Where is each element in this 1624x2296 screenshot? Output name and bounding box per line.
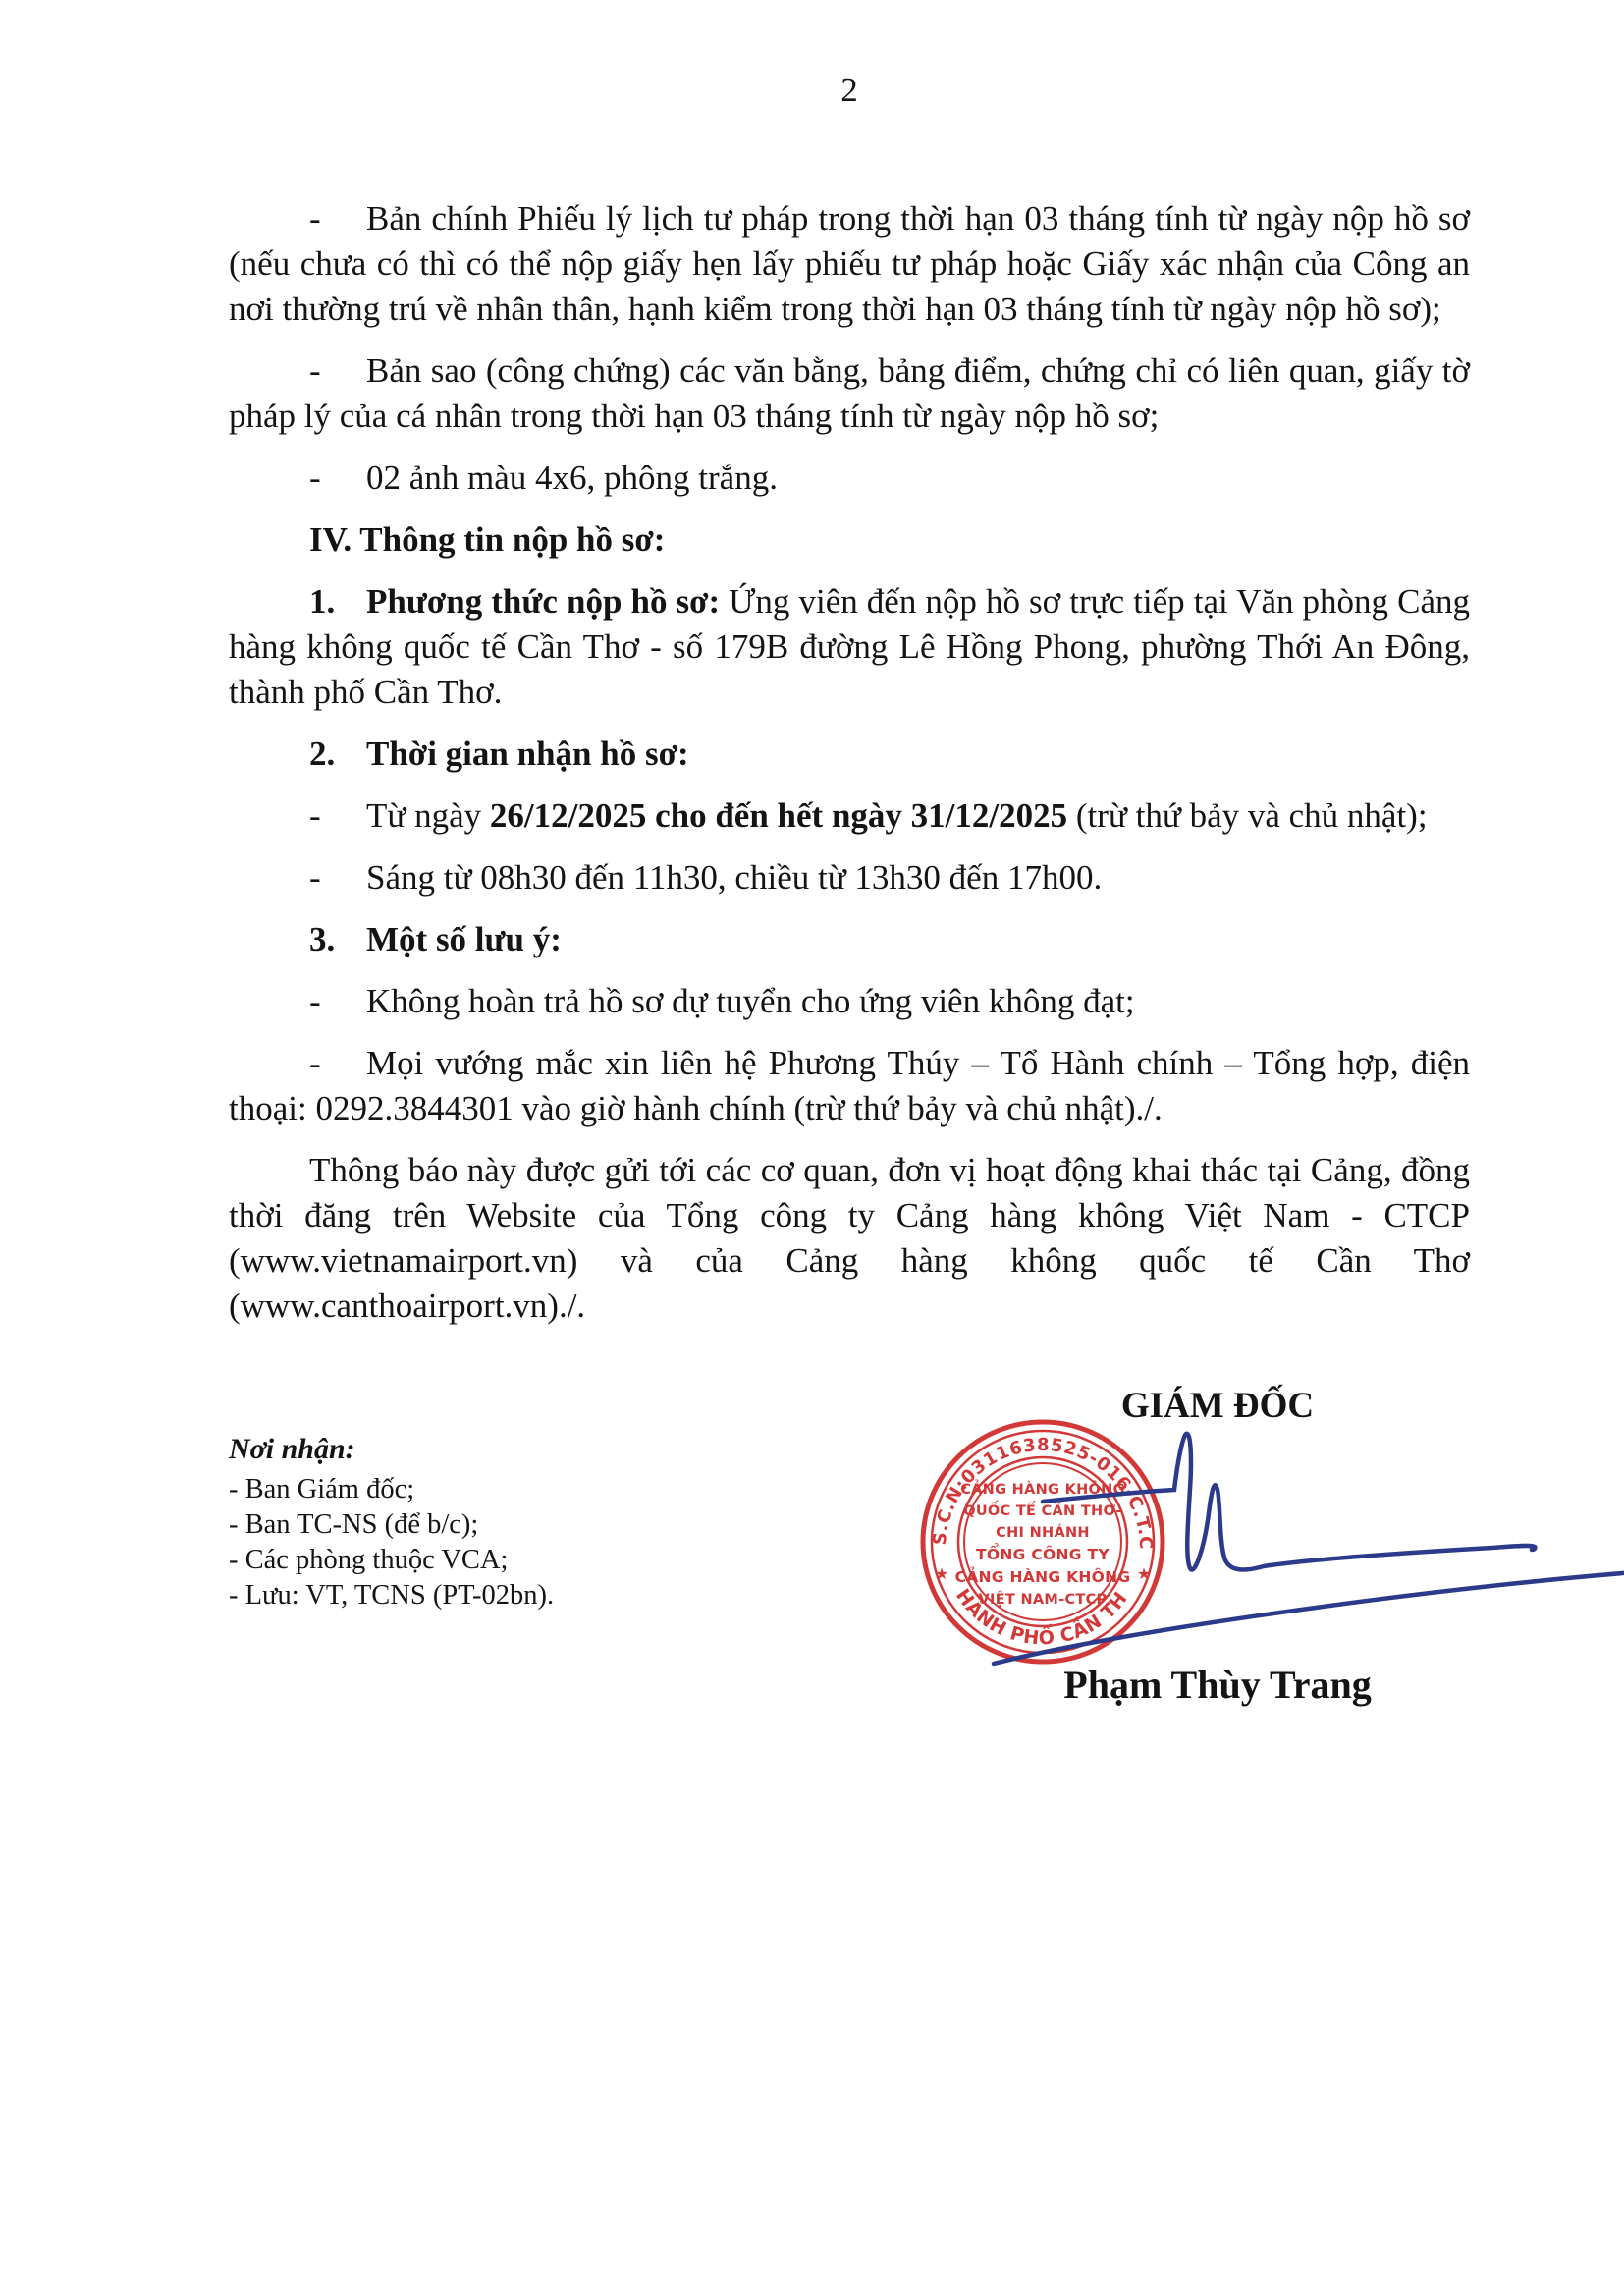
paragraph-text: Mọi vướng mắc xin liên hệ Phương Thúy – … <box>229 1044 1470 1127</box>
paragraph-ban-chinh: -Bản chính Phiếu lý lịch tư pháp trong t… <box>229 196 1470 332</box>
paragraph-khong-hoan-tra: -Không hoàn trả hồ sơ dự tuyển cho ứng v… <box>229 979 1470 1024</box>
handwritten-signature <box>982 1414 1624 1699</box>
paragraph-bold-lead: Một số lưu ý: <box>366 920 562 958</box>
recipient-item: - Các phòng thuộc VCA; <box>229 1543 554 1578</box>
paragraph-sang-tu: -Sáng từ 08h30 đến 11h30, chiều từ 13h30… <box>229 855 1470 901</box>
paragraph-ban-sao: -Bản sao (công chứng) các văn bằng, bảng… <box>229 349 1470 439</box>
paragraph-text: 02 ảnh màu 4x6, phông trắng. <box>366 459 778 497</box>
paragraph-tu-ngay: -Từ ngày 26/12/2025 cho đến hết ngày 31/… <box>229 793 1470 839</box>
list-dash: - <box>309 456 366 501</box>
signature-stroke-underline <box>994 1572 1624 1664</box>
paragraph-text: Bản chính Phiếu lý lịch tư pháp trong th… <box>229 199 1470 328</box>
recipient-item: - Lưu: VT, TCNS (PT-02bn). <box>229 1578 554 1613</box>
paragraph-bold-lead: Thời gian nhận hồ sơ: <box>366 735 689 773</box>
paragraph-thong-bao: Thông báo này được gửi tới các cơ quan, … <box>229 1148 1470 1329</box>
paragraph-luu-y: 3.Một số lưu ý: <box>229 917 1470 962</box>
paragraph-text-post: (trừ thứ bảy và chủ nhật); <box>1067 796 1427 835</box>
recipient-item: - Ban TC-NS (để b/c); <box>229 1507 554 1543</box>
signer-name: Phạm Thùy Trang <box>972 1662 1463 1708</box>
star-icon: ★ <box>935 1564 948 1583</box>
heading-text: IV. Thông tin nộp hồ sơ: <box>309 520 665 559</box>
paragraph-text-pre: Từ ngày <box>366 796 490 835</box>
paragraph-anh-mau: -02 ảnh màu 4x6, phông trắng. <box>229 456 1470 501</box>
section-heading-iv: IV. Thông tin nộp hồ sơ: <box>229 518 1470 563</box>
list-dash: - <box>309 349 366 394</box>
page-number: 2 <box>229 71 1470 110</box>
list-dash: - <box>309 793 366 839</box>
list-number: 2. <box>309 732 366 777</box>
recipients-block: Nơi nhận: - Ban Giám đốc; - Ban TC-NS (đ… <box>229 1432 554 1613</box>
list-dash: - <box>309 979 366 1024</box>
paragraph-text: Bản sao (công chứng) các văn bằng, bảng … <box>229 352 1470 435</box>
paragraph-text: Không hoàn trả hồ sơ dự tuyển cho ứng vi… <box>366 982 1135 1020</box>
recipient-item: - Ban Giám đốc; <box>229 1472 554 1507</box>
document-body: -Bản chính Phiếu lý lịch tư pháp trong t… <box>229 196 1470 1345</box>
document-page: 2 -Bản chính Phiếu lý lịch tư pháp trong… <box>0 0 1624 2296</box>
signer-title: GIÁM ĐỐC <box>972 1385 1463 1427</box>
list-number: 1. <box>309 579 366 625</box>
paragraph-phuong-thuc: 1.Phương thức nộp hồ sơ: Ứng viên đến nộ… <box>229 579 1470 715</box>
paragraph-thoi-gian: 2.Thời gian nhận hồ sơ: <box>229 732 1470 777</box>
paragraph-bold-lead: Phương thức nộp hồ sơ: <box>366 582 720 621</box>
list-number: 3. <box>309 917 366 962</box>
paragraph-text: Thông báo này được gửi tới các cơ quan, … <box>229 1151 1470 1325</box>
paragraph-text: Sáng từ 08h30 đến 11h30, chiều từ 13h30 … <box>366 858 1102 897</box>
list-dash: - <box>309 1041 366 1086</box>
list-dash: - <box>309 196 366 242</box>
recipients-heading: Nơi nhận: <box>229 1432 554 1467</box>
paragraph-moi-vuong-mac: -Mọi vướng mắc xin liên hệ Phương Thúy –… <box>229 1041 1470 1131</box>
list-dash: - <box>309 855 366 901</box>
paragraph-bold-dates: 26/12/2025 cho đến hết ngày 31/12/2025 <box>490 796 1067 835</box>
signature-stroke-main <box>1043 1434 1535 1570</box>
